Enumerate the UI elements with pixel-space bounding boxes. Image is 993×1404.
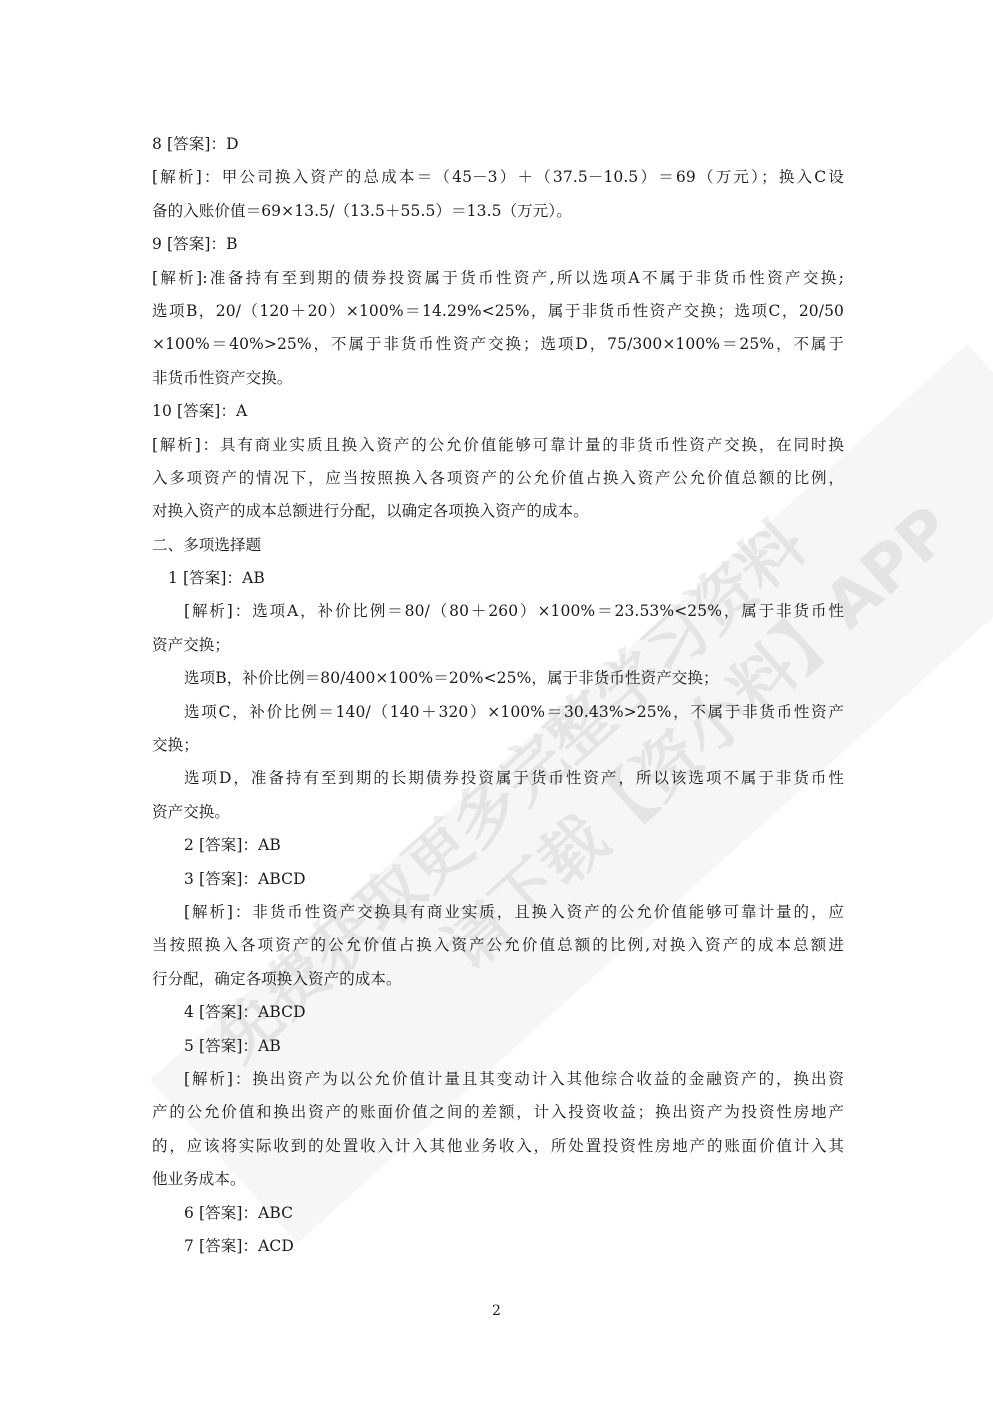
text-line: 选项D，准备持有至到期的长期债券投资属于货币性资产，所以该选项不属于非货币性 (152, 762, 844, 795)
text-line: 8 [答案]：D (152, 128, 844, 161)
text-line: 备的入账价值＝69×13.5/（13.5＋55.5）＝13.5（万元）。 (152, 195, 844, 228)
document-page: 免费获取更多完整学习资料 请下载【资小料】APP 8 [答案]：D[解析]：甲公… (0, 0, 993, 1404)
text-line: 选项B，补价比例＝80/400×100%＝20%<25%，属于非货币性资产交换； (152, 662, 844, 695)
text-line: 行分配，确定各项换入资产的成本。 (152, 963, 844, 996)
text-line: 资产交换。 (152, 796, 844, 829)
text-line: [解析]：非货币性资产交换具有商业实质，且换入资产的公允价值能够可靠计量的，应 (152, 896, 844, 929)
text-line: 5 [答案]：AB (152, 1030, 844, 1063)
text-line: [解析]：选项A，补价比例＝80/（80＋260）×100%＝23.53%<25… (152, 595, 844, 628)
text-line: 的，应该将实际收到的处置收入计入其他业务收入，所处置投资性房地产的账面价值计入其 (152, 1130, 844, 1163)
page-number: 2 (0, 1303, 993, 1319)
text-line: 交换； (152, 729, 844, 762)
text-line: 资产交换； (152, 629, 844, 662)
text-line: 7 [答案]：ACD (152, 1230, 844, 1263)
text-line: 二、多项选择题 (152, 529, 844, 562)
text-line: 入多项资产的情况下，应当按照换入各项资产的公允价值占换入资产公允价值总额的比例， (152, 462, 844, 495)
text-line: [解析]：换出资产为以公允价值计量且其变动计入其他综合收益的金融资产的，换出资 (152, 1063, 844, 1096)
text-line: 选项C，补价比例＝140/（140＋320）×100%＝30.43%>25%，不… (152, 696, 844, 729)
text-line: 1 [答案]：AB (152, 562, 844, 595)
text-line: [解析]:准备持有至到期的债券投资属于货币性资产,所以选项A不属于非货币性资产交… (152, 262, 844, 295)
text-line: [解析]：甲公司换入资产的总成本＝（45－3）＋（37.5－10.5）＝69（万… (152, 161, 844, 194)
text-line: 选项B，20/（120＋20）×100%＝14.29%<25%，属于非货币性资产… (152, 295, 844, 328)
text-line: 9 [答案]：B (152, 228, 844, 261)
text-line: 10 [答案]：A (152, 395, 844, 428)
text-line: [解析]：具有商业实质且换入资产的公允价值能够可靠计量的非货币性资产交换，在同时… (152, 429, 844, 462)
text-line: 他业务成本。 (152, 1163, 844, 1196)
answer-content: 8 [答案]：D[解析]：甲公司换入资产的总成本＝（45－3）＋（37.5－10… (152, 128, 844, 1263)
text-line: 对换入资产的成本总额进行分配，以确定各项换入资产的成本。 (152, 495, 844, 528)
text-line: 4 [答案]：ABCD (152, 996, 844, 1029)
text-line: 6 [答案]：ABC (152, 1197, 844, 1230)
text-line: 3 [答案]：ABCD (152, 863, 844, 896)
text-line: 当按照换入各项资产的公允价值占换入资产公允价值总额的比例,对换入资产的成本总额进 (152, 929, 844, 962)
text-line: ×100%＝40%>25%，不属于非货币性资产交换；选项D，75/300×100… (152, 328, 844, 361)
text-line: 2 [答案]：AB (152, 829, 844, 862)
text-line: 产的公允价值和换出资产的账面价值之间的差额，计入投资收益；换出资产为投资性房地产 (152, 1096, 844, 1129)
text-line: 非货币性资产交换。 (152, 362, 844, 395)
